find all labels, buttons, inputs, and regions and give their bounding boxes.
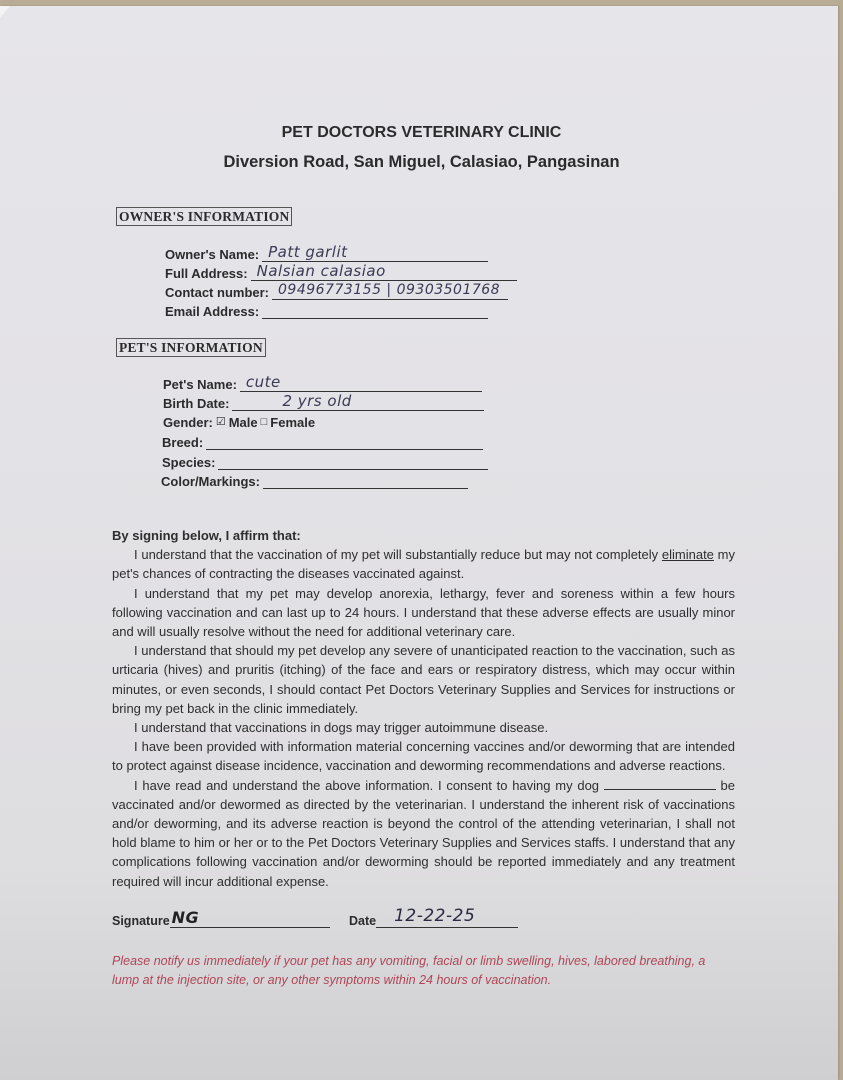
contact-number-field[interactable]: Contact number: 09496773155 | 0930350176…	[165, 285, 508, 300]
clinic-address: Diversion Road, San Miguel, Calasiao, Pa…	[0, 153, 843, 172]
affirmation-paragraph-4: I understand that vaccinations in dogs m…	[112, 718, 735, 737]
full-address-label: Full Address:	[165, 266, 248, 281]
dog-name-blank[interactable]	[604, 777, 716, 790]
folded-corner	[0, 6, 10, 18]
date-field[interactable]: Date 12-22-25	[349, 913, 518, 928]
owner-name-label: Owner's Name:	[165, 247, 259, 262]
affirmation-lead: By signing below, I affirm that:	[112, 526, 735, 545]
gender-field: Gender: ☑ Male □ Female	[163, 415, 315, 430]
owner-section-heading: OWNER'S INFORMATION	[116, 207, 292, 226]
post-vaccination-notice: Please notify us immediately if your pet…	[112, 952, 712, 989]
breed-field[interactable]: Breed:	[162, 435, 483, 450]
clinic-name: PET DOCTORS VETERINARY CLINIC	[0, 124, 843, 142]
female-label: Female	[270, 415, 315, 430]
signature-field[interactable]: Signature NG	[112, 913, 330, 928]
color-markings-field[interactable]: Color/Markings:	[161, 474, 468, 489]
date-label: Date	[349, 914, 376, 928]
full-address-field[interactable]: Full Address: Nalsian calasiao	[165, 266, 517, 281]
birth-date-field[interactable]: Birth Date: 2 yrs old	[163, 396, 484, 411]
owner-name-value: Patt garlit	[268, 243, 347, 261]
owner-name-field[interactable]: Owner's Name: Patt garlit	[165, 247, 488, 262]
birth-date-value: 2 yrs old	[282, 392, 351, 410]
male-label: Male	[229, 415, 258, 430]
full-address-value: Nalsian calasiao	[257, 262, 386, 280]
signature-value: NG	[172, 909, 200, 927]
species-label: Species:	[162, 455, 215, 470]
species-field[interactable]: Species:	[162, 455, 488, 470]
pet-name-value: cute	[246, 373, 281, 391]
pet-name-label: Pet's Name:	[163, 377, 237, 392]
pet-section-heading: PET'S INFORMATION	[116, 338, 266, 357]
gender-label: Gender:	[163, 415, 213, 430]
female-checkbox[interactable]: □	[261, 415, 268, 430]
affirmation-paragraph-6: I have read and understand the above inf…	[112, 776, 735, 891]
male-checkbox[interactable]: ☑	[216, 415, 226, 430]
signature-label: Signature	[112, 914, 170, 928]
email-address-label: Email Address:	[165, 304, 259, 319]
email-address-field[interactable]: Email Address:	[165, 304, 488, 319]
affirmation-paragraph-3: I understand that should my pet develop …	[112, 641, 735, 718]
affirmation-paragraph-1: I understand that the vaccination of my …	[112, 545, 735, 583]
breed-label: Breed:	[162, 435, 203, 450]
affirmation-paragraph-5: I have been provided with information ma…	[112, 737, 735, 775]
color-markings-label: Color/Markings:	[161, 474, 260, 489]
pet-name-field[interactable]: Pet's Name: cute	[163, 377, 482, 392]
contact-number-value: 09496773155 | 09303501768	[278, 281, 500, 299]
affirmation-block: By signing below, I affirm that: I under…	[112, 526, 735, 891]
contact-number-label: Contact number:	[165, 285, 269, 300]
affirmation-paragraph-2: I understand that my pet may develop ano…	[112, 584, 735, 642]
date-value: 12-22-25	[394, 907, 475, 925]
birth-date-label: Birth Date:	[163, 396, 229, 411]
